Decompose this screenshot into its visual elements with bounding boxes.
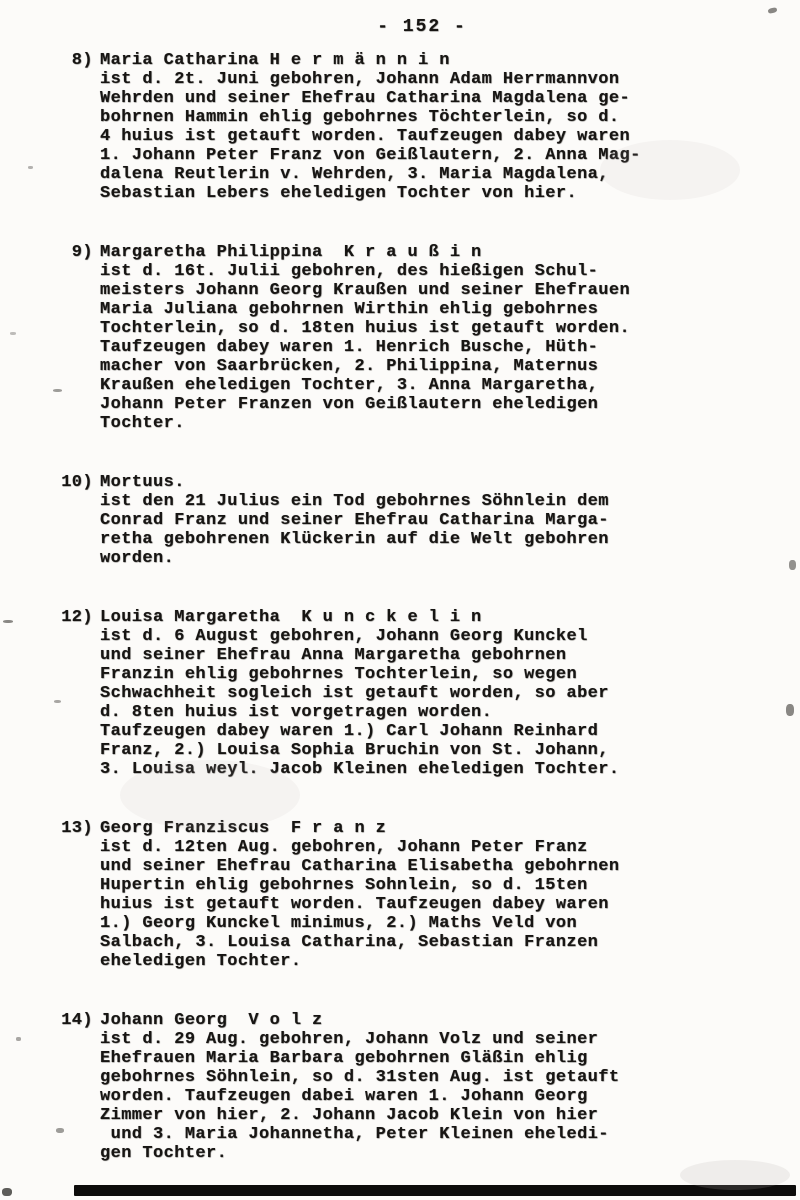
entry-line: und seiner Ehefrau Catharina Elisabetha … <box>100 857 800 876</box>
scanned-register-page: - 152 - 8) Maria Catharina H e r m ä n n… <box>0 0 800 1200</box>
entry-line: Hupertin ehlig gebohrnes Sohnlein, so d.… <box>100 876 800 895</box>
entry-line: Tochterlein, so d. 18ten huius ist getau… <box>100 319 800 338</box>
entry-line: macher von Saarbrücken, 2. Philippina, M… <box>100 357 800 376</box>
baptism-entry: 14) Johann Georg V o l zist d. 29 Aug. g… <box>0 1011 800 1163</box>
entry-line: Ehefrauen Maria Barbara gebohrnen Gläßin… <box>100 1049 800 1068</box>
entry-line: Sebastian Lebers eheledigen Tochter von … <box>100 184 800 203</box>
entry-number: 14) <box>0 1011 100 1030</box>
entry-line: worden. Taufzeugen dabei waren 1. Johann… <box>100 1087 800 1106</box>
entry-line: und seiner Ehefrau Anna Margaretha geboh… <box>100 646 800 665</box>
scan-speck <box>16 1037 21 1041</box>
entry-line: ist den 21 Julius ein Tod gebohrnes Söhn… <box>100 492 800 511</box>
entry-text: Mortuus.ist den 21 Julius ein Tod gebohr… <box>100 473 800 568</box>
entry-line: d. 8ten huius ist vorgetragen worden. <box>100 703 800 722</box>
scan-speck <box>54 700 61 703</box>
entry-line: Johann Peter Franzen von Geißlautern ehe… <box>100 395 800 414</box>
entry-text: Louisa Margaretha K u n c k e l i nist d… <box>100 608 800 779</box>
entry-line: Conrad Franz und seiner Ehefrau Catharin… <box>100 511 800 530</box>
entry-line: Louisa Margaretha K u n c k e l i n <box>100 608 800 627</box>
entry-number: 10) <box>0 473 100 492</box>
scan-edge-bar <box>74 1185 796 1196</box>
scan-speck <box>53 389 62 392</box>
entry-number: 9) <box>0 243 100 262</box>
entry-line: dalena Reutlerin v. Wehrden, 3. Maria Ma… <box>100 165 800 184</box>
entry-line: Taufzeugen dabey waren 1. Henrich Busche… <box>100 338 800 357</box>
entry-line: gen Tochter. <box>100 1144 800 1163</box>
entry-line: ist d. 2t. Juni gebohren, Johann Adam He… <box>100 70 800 89</box>
baptism-entries: 8) Maria Catharina H e r m ä n n i nist … <box>0 51 800 1163</box>
scan-speck <box>10 332 16 335</box>
entry-text: Johann Georg V o l zist d. 29 Aug. geboh… <box>100 1011 800 1163</box>
entry-line: worden. <box>100 549 800 568</box>
entry-line: ist d. 29 Aug. gebohren, Johann Volz und… <box>100 1030 800 1049</box>
baptism-entry: 13) Georg Franziscus F r a n zist d. 12t… <box>0 819 800 971</box>
entry-line: Wehrden und seiner Ehefrau Catharina Mag… <box>100 89 800 108</box>
page-number: - 152 - <box>22 0 800 38</box>
scan-speck <box>3 620 13 623</box>
entry-line: ist d. 16t. Julii gebohren, des hießigen… <box>100 262 800 281</box>
entry-line: retha gebohrenen Klückerin auf die Welt … <box>100 530 800 549</box>
entry-line: Margaretha Philippina K r a u ß i n <box>100 243 800 262</box>
entry-line: und 3. Maria Johannetha, Peter Kleinen e… <box>100 1125 800 1144</box>
entry-line: gebohrnes Söhnlein, so d. 31sten Aug. is… <box>100 1068 800 1087</box>
scan-speck <box>789 560 796 570</box>
entry-text: Margaretha Philippina K r a u ß i nist d… <box>100 243 800 433</box>
entry-line: Salbach, 3. Louisa Catharina, Sebastian … <box>100 933 800 952</box>
entry-number: 13) <box>0 819 100 838</box>
entry-text: Georg Franziscus F r a n zist d. 12ten A… <box>100 819 800 971</box>
entry-line: Mortuus. <box>100 473 800 492</box>
scan-speck <box>2 1188 12 1196</box>
entry-line: bohrnen Hammin ehlig gebohrnes Töchterle… <box>100 108 800 127</box>
baptism-entry: 9) Margaretha Philippina K r a u ß i nis… <box>0 243 800 433</box>
baptism-entry: 10) Mortuus.ist den 21 Julius ein Tod ge… <box>0 473 800 568</box>
entry-line: ist d. 12ten Aug. gebohren, Johann Peter… <box>100 838 800 857</box>
scan-speck <box>786 704 794 716</box>
entry-line: Maria Juliana gebohrnen Wirthin ehlig ge… <box>100 300 800 319</box>
entry-line: Taufzeugen dabey waren 1.) Carl Johann R… <box>100 722 800 741</box>
entry-line: meisters Johann Georg Kraußen und seiner… <box>100 281 800 300</box>
baptism-entry: 12) Louisa Margaretha K u n c k e l i ni… <box>0 608 800 779</box>
entry-text: Maria Catharina H e r m ä n n i nist d. … <box>100 51 800 203</box>
baptism-entry: 8) Maria Catharina H e r m ä n n i nist … <box>0 51 800 203</box>
scan-speck <box>28 166 33 169</box>
entry-line: Kraußen eheledigen Tochter, 3. Anna Marg… <box>100 376 800 395</box>
entry-number: 8) <box>0 51 100 70</box>
entry-line: Georg Franziscus F r a n z <box>100 819 800 838</box>
entry-line: Maria Catharina H e r m ä n n i n <box>100 51 800 70</box>
entry-line: eheledigen Tochter. <box>100 952 800 971</box>
entry-line: Schwachheit sogleich ist getauft worden,… <box>100 684 800 703</box>
entry-line: 4 huius ist getauft worden. Taufzeugen d… <box>100 127 800 146</box>
entry-line: Franzin ehlig gebohrnes Tochterlein, so … <box>100 665 800 684</box>
entry-line: Zimmer von hier, 2. Johann Jacob Klein v… <box>100 1106 800 1125</box>
scan-speck <box>56 1128 64 1133</box>
entry-number: 12) <box>0 608 100 627</box>
entry-line: 1.) Georg Kunckel minimus, 2.) Maths Vel… <box>100 914 800 933</box>
entry-line: huius ist getauft worden. Taufzeugen dab… <box>100 895 800 914</box>
entry-line: Franz, 2.) Louisa Sophia Bruchin von St.… <box>100 741 800 760</box>
entry-line: Johann Georg V o l z <box>100 1011 800 1030</box>
entry-line: 3. Louisa weyl. Jacob Kleinen eheledigen… <box>100 760 800 779</box>
entry-line: 1. Johann Peter Franz von Geißlautern, 2… <box>100 146 800 165</box>
entry-line: Tochter. <box>100 414 800 433</box>
entry-line: ist d. 6 August gebohren, Johann Georg K… <box>100 627 800 646</box>
